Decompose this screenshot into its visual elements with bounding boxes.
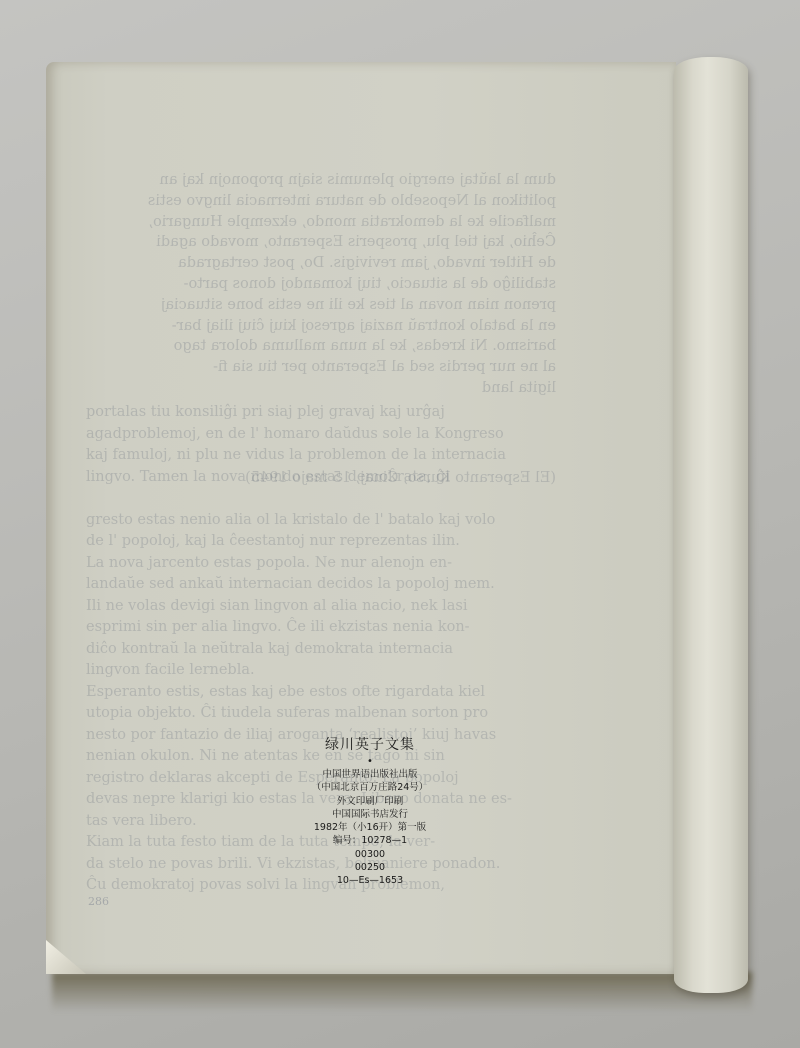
page-shadow	[52, 972, 752, 1012]
show-through-line: de l' popoloj, kaj la ĉeestantoj nur rep…	[86, 531, 556, 552]
colophon-line: （中国北京百万庄路24号）	[290, 781, 450, 794]
show-through-line: Esperanto estis, estas kaj ebe estos oft…	[86, 682, 556, 703]
show-through-line: lingvon facile lernebla.	[86, 660, 556, 681]
show-through-line: de Hitler invado, jam revivigis. Do, pos…	[86, 253, 556, 274]
colophon-line: 1982年（小16开）第一版	[290, 821, 450, 834]
show-through-line: diĉo kontraŭ la neŭtrala kaj demokrata i…	[86, 639, 556, 660]
show-through-date: (El Esperanto Kurso, Ĉinaj, 15 majo 1945…	[86, 468, 556, 489]
show-through-line: prenon nian novan al ties ke ili ne esti…	[86, 295, 556, 316]
show-through-line: Ili ne volas devigi sian lingvon al alia…	[86, 596, 556, 617]
show-through-line: al ne nur perdis sed al Esperanto per ti…	[86, 357, 556, 378]
show-through-line: agadproblemoj, en de l' homaro daŭdus so…	[86, 424, 556, 445]
show-through-line: malfacile ke la demokratia mondo, ekzemp…	[86, 212, 556, 233]
page-number: 286	[88, 895, 109, 908]
show-through-line: kaj famuloj, ni plu ne vidus la problemo…	[86, 445, 556, 466]
colophon-line: 编号：10278—1	[290, 834, 450, 847]
rolled-pages	[674, 57, 748, 993]
colophon-line: 10—Es—1653	[290, 874, 450, 887]
colophon-line: 00250	[290, 861, 450, 874]
show-through-line: politikon al Neposeblo de natura interna…	[86, 191, 556, 212]
colophon-line: 中国世界语出版社出版	[290, 768, 450, 781]
show-through-line: esprimi sin per alia lingvo. Ĉe ili ekzi…	[86, 617, 556, 638]
show-through-line: en la batalo kontraŭ naziaj agresoj kiuj…	[86, 316, 556, 337]
colophon-line: 00300	[290, 848, 450, 861]
book-title: 绿川英子文集	[290, 734, 450, 754]
show-through-line: Ĉeĥio, kaj tiel plu, prosperis Esperanto…	[86, 232, 556, 253]
colophon-line: 外文印刷厂印刷	[290, 795, 450, 808]
page-corner-curl	[46, 940, 86, 974]
show-through-line: portalas tiu konsiliĝi pri siaj plej gra…	[86, 402, 556, 423]
colophon-line: 中国国际书店发行	[290, 808, 450, 821]
show-through-line: La nova jarcento estas popola. Ne nur al…	[86, 553, 556, 574]
show-through-line: dum la laŭtaj energio plenumis siajn pro…	[86, 170, 556, 191]
show-through-line: stabiliĝo de la situacio, tiuj komandoj …	[86, 274, 556, 295]
show-through-line: gresto estas nenio alia ol la kristalo d…	[86, 510, 556, 531]
show-through-line: ligita land	[86, 378, 556, 399]
show-through-line: utopia objekto. Ĉi tiudela suferas malbe…	[86, 703, 556, 724]
colophon: 绿川英子文集 • 中国世界语出版社出版 （中国北京百万庄路24号） 外文印刷厂印…	[290, 734, 450, 888]
separator-dot: •	[290, 756, 450, 768]
show-through-line: barismo. Ni kredas, ke la nuna malluma d…	[86, 336, 556, 357]
show-through-line: landaŭe sed ankaŭ internacian decidos la…	[86, 574, 556, 595]
